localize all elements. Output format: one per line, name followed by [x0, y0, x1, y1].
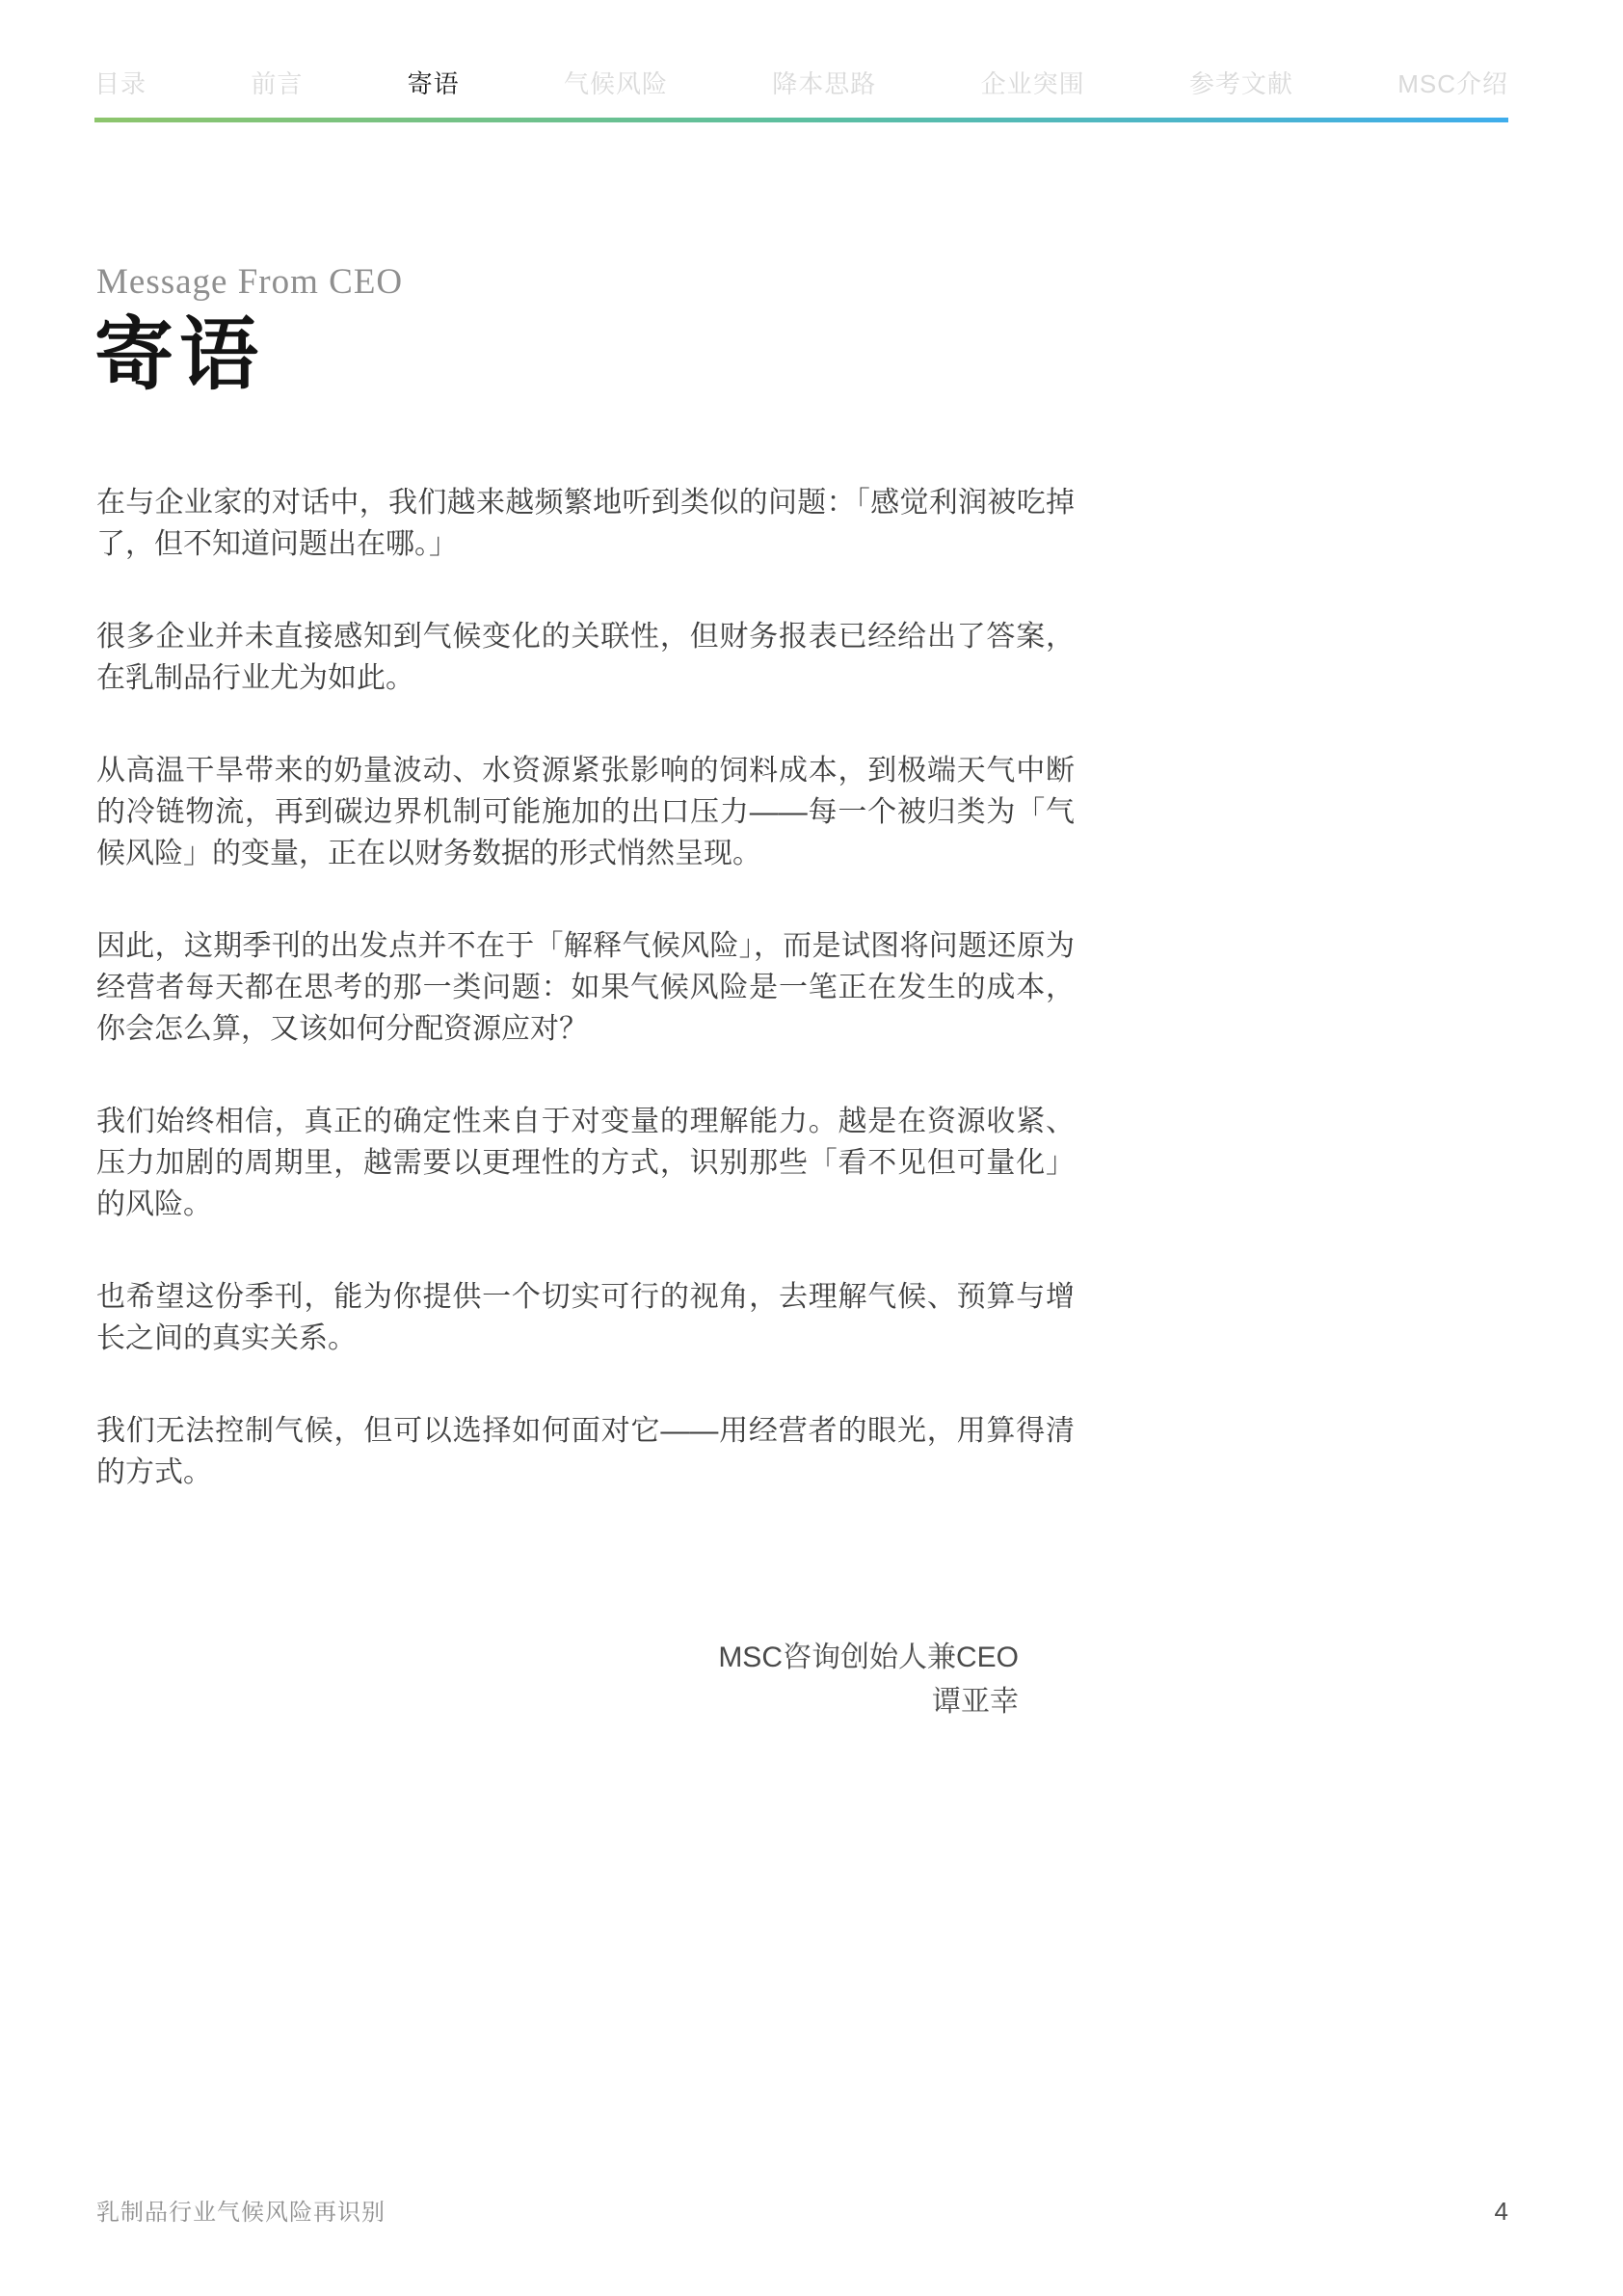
tab-foreword[interactable]: 前言	[251, 71, 303, 96]
paragraph: 从高温干旱带来的奶量波动、水资源紧张影响的饲料成本，到极端天气中断的冷链物流，再…	[96, 750, 1075, 874]
paragraph: 我们始终相信，真正的确定性来自于对变量的理解能力。越是在资源收紧、压力加剧的周期…	[96, 1101, 1075, 1225]
signature-name: 谭亚幸	[96, 1680, 1019, 1724]
tab-ceo-message[interactable]: 寄语	[408, 71, 460, 96]
footer-page-number: 4	[1495, 2197, 1508, 2227]
paragraph: 很多企业并未直接感知到气候变化的关联性，但财务报表已经给出了答案，在乳制品行业尤…	[96, 616, 1075, 699]
paragraph: 在与企业家的对话中，我们越来越频繁地听到类似的问题：「感觉利润被吃掉了，但不知道…	[96, 482, 1075, 565]
body-copy: 在与企业家的对话中，我们越来越频繁地听到类似的问题：「感觉利润被吃掉了，但不知道…	[96, 482, 1075, 1493]
paragraph: 也希望这份季刊，能为你提供一个切实可行的视角，去理解气候、预算与增长之间的真实关…	[96, 1276, 1075, 1359]
section-kicker: Message From CEO	[96, 263, 1508, 303]
top-navigation: 目录 前言 寄语 气候风险 降本思路 企业突围 参考文献 MSC介绍	[94, 0, 1508, 96]
tab-toc[interactable]: 目录	[94, 71, 146, 96]
signature-role: MSC咨询创始人兼CEO	[96, 1636, 1019, 1680]
tab-cost-reduction[interactable]: 降本思路	[772, 71, 876, 96]
paragraph: 我们无法控制气候，但可以选择如何面对它——用经营者的眼光，用算得清的方式。	[96, 1410, 1075, 1493]
signature-block: MSC咨询创始人兼CEO 谭亚幸	[96, 1636, 1019, 1724]
page-footer: 乳制品行业气候风险再识别 4	[96, 2193, 1508, 2227]
tab-enterprise-breakthrough[interactable]: 企业突围	[981, 71, 1085, 96]
page-title: 寄语	[94, 310, 1508, 401]
tab-msc-intro[interactable]: MSC介绍	[1397, 71, 1508, 96]
tab-references[interactable]: 参考文献	[1189, 71, 1293, 96]
footer-doc-title: 乳制品行业气候风险再识别	[96, 2193, 386, 2227]
nav-gradient-divider	[94, 118, 1508, 122]
tab-climate-risk[interactable]: 气候风险	[564, 71, 668, 96]
report-page: 目录 前言 寄语 气候风险 降本思路 企业突围 参考文献 MSC介绍 Messa…	[0, 0, 1623, 2296]
paragraph: 因此，这期季刊的出发点并不在于「解释气候风险」，而是试图将问题还原为经营者每天都…	[96, 925, 1075, 1050]
